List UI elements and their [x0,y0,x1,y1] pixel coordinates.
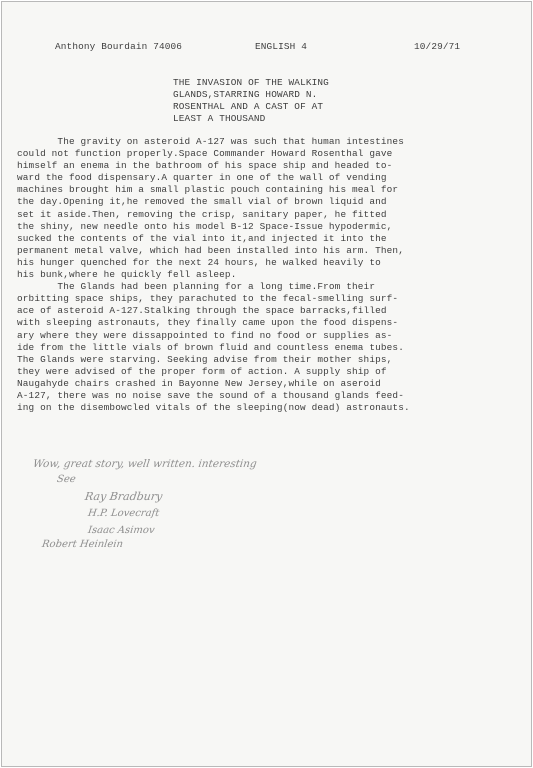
story-body: The gravity on asteroid A-127 was such t… [17,136,522,414]
course-label: ENGLISH 4 [255,41,307,52]
handwritten-author-4: Robert Heinlein [41,539,123,550]
handwritten-author-3: Isaac Asimov [87,525,155,536]
handwritten-author-2: H.P. Lovecraft [87,508,160,519]
date-label: 10/29/71 [414,41,460,52]
story-title: THE INVASION OF THE WALKING GLANDS,STARR… [173,77,329,125]
handwritten-comment: Wow, great story, well written. interest… [32,458,257,470]
handwritten-see: See [56,474,76,485]
author-name: Anthony Bourdain 74006 [55,41,182,52]
typewritten-page: Anthony Bourdain 74006 ENGLISH 4 10/29/7… [1,1,532,767]
handwritten-author-1: Ray Bradbury [84,490,163,503]
